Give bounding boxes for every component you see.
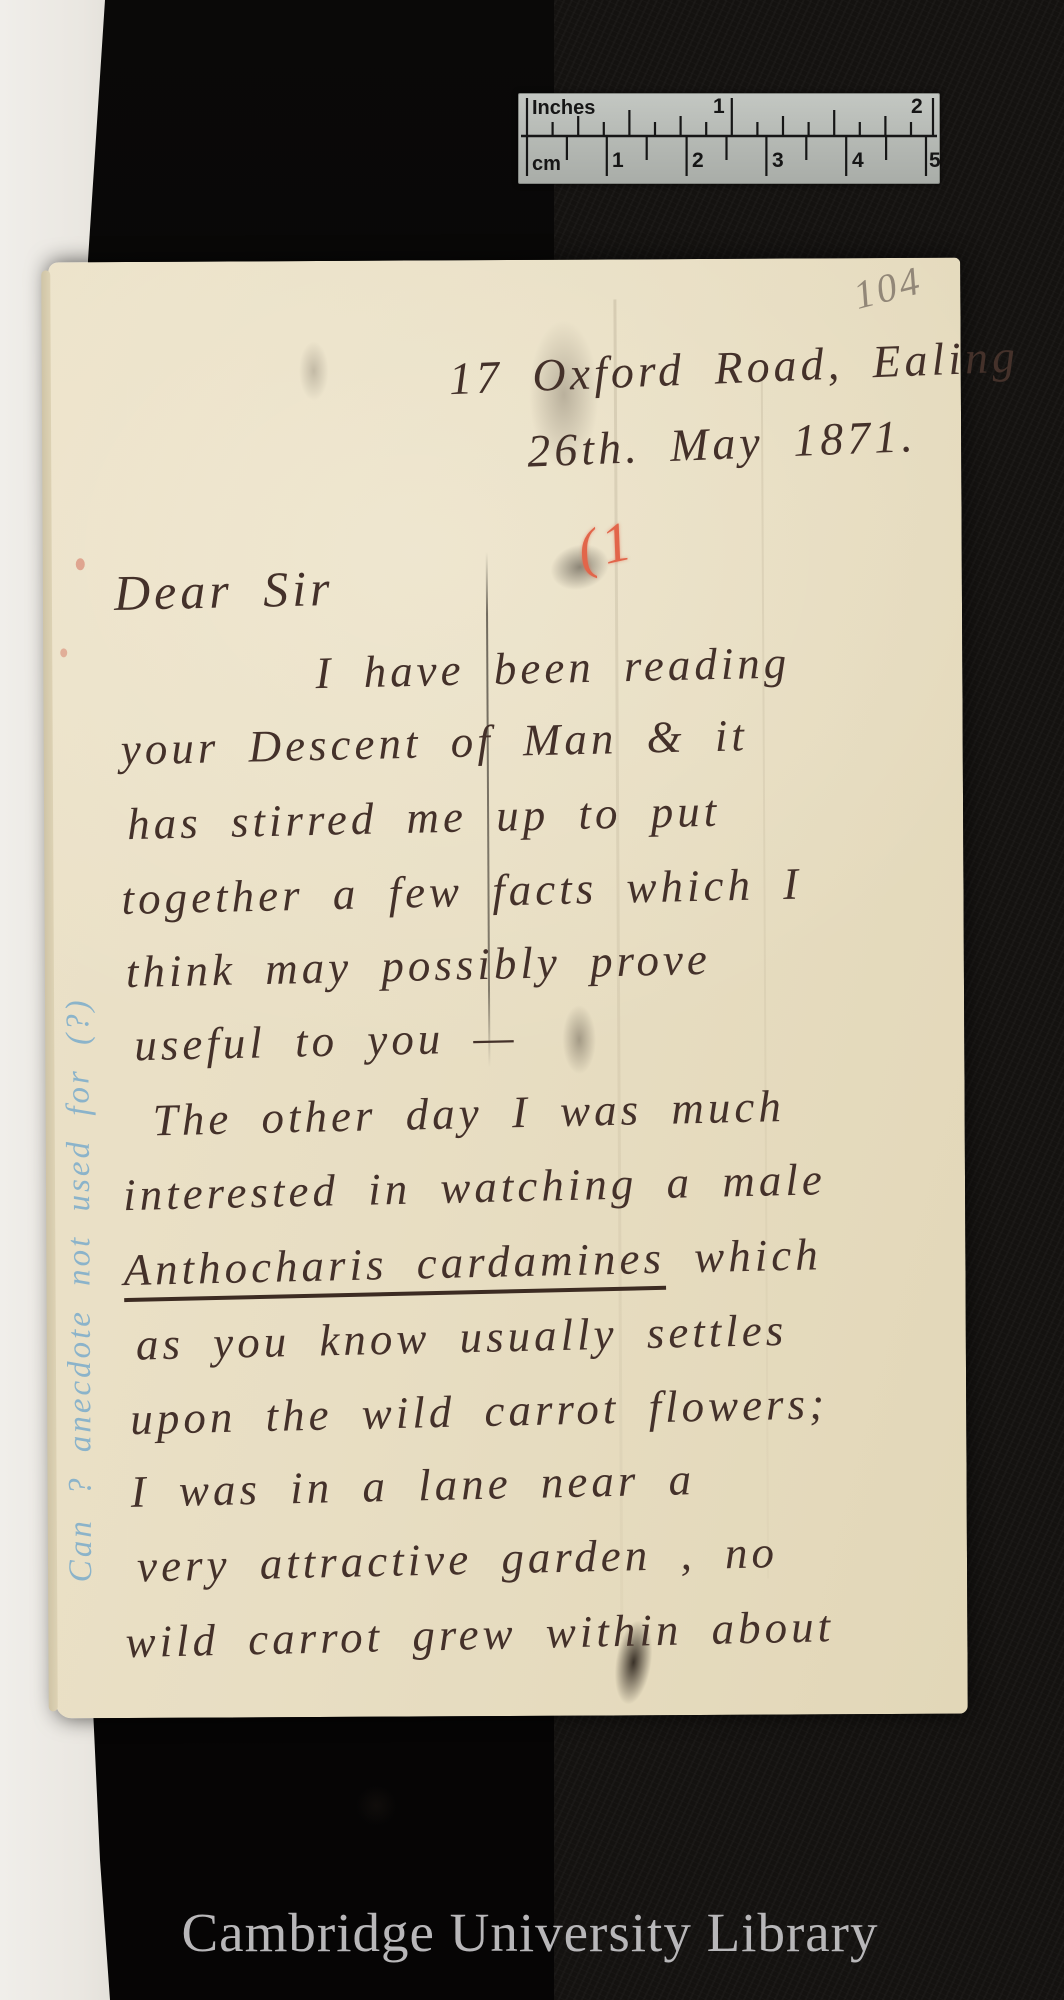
ruler-cm-numeral: 1 <box>612 149 624 173</box>
letter-line: upon the wild carrot flowers; <box>130 1377 829 1445</box>
ruler-cm-numeral: 3 <box>772 149 784 173</box>
underlined-species-name: Anthocharis cardamines <box>123 1233 666 1302</box>
species-line-rest: which <box>664 1229 822 1283</box>
letter-line: I have been reading <box>315 636 791 699</box>
letter-line: The other day I was much <box>152 1080 785 1146</box>
folio-number-pencil: 104 <box>849 256 927 319</box>
salutation: Dear Sir <box>113 559 334 622</box>
ruler-cm-numeral: 2 <box>692 149 704 173</box>
letter-line: very attractive garden , no <box>136 1526 778 1593</box>
ruler-inches-label: Inches <box>532 97 595 120</box>
library-credit-caption: Cambridge University Library <box>150 1901 910 1964</box>
blue-crayon-margin-annotation: Can ? anecdote not used for (?) <box>59 792 100 1582</box>
letter-line: wild carrot grew within about <box>125 1600 835 1668</box>
red-crayon-filing-mark: (1 <box>572 508 643 583</box>
ruler-inch-numeral: 2 <box>911 95 923 119</box>
ruler-inch-numeral: 1 <box>713 95 725 119</box>
address-line: 17 Oxford Road, Ealing <box>448 329 1020 405</box>
letter-line-species: Anthocharis cardamines which <box>123 1228 822 1296</box>
ruler-cm-label: cm <box>532 153 561 176</box>
letter-line: has stirred me up to put <box>127 785 721 850</box>
letter-line: interested in watching a male <box>123 1153 827 1221</box>
letter-line: I was in a lane near a <box>130 1453 696 1518</box>
ink-smudge <box>356 1786 396 1826</box>
ruler-cm-numeral: 4 <box>852 149 864 173</box>
letter-line: think may possibly prove <box>125 933 711 998</box>
pencil-smudge <box>299 341 329 401</box>
letter-line: as you know usually settles <box>135 1304 787 1371</box>
scale-ruler: Inches 1 2 cm 1 2 3 4 5 <box>518 93 940 184</box>
red-speck <box>76 558 85 570</box>
manuscript-letter-page: 104 17 Oxford Road, Ealing 26th. May 187… <box>48 258 968 1719</box>
ruler-cm-numeral: 5 <box>929 149 941 173</box>
ink-smudge <box>562 1005 596 1075</box>
red-speck <box>60 648 67 657</box>
letter-line: your Descent of Man & it <box>120 709 748 775</box>
letter-line: useful to you — <box>134 1011 518 1072</box>
letter-line: together a few facts which I <box>121 858 803 925</box>
